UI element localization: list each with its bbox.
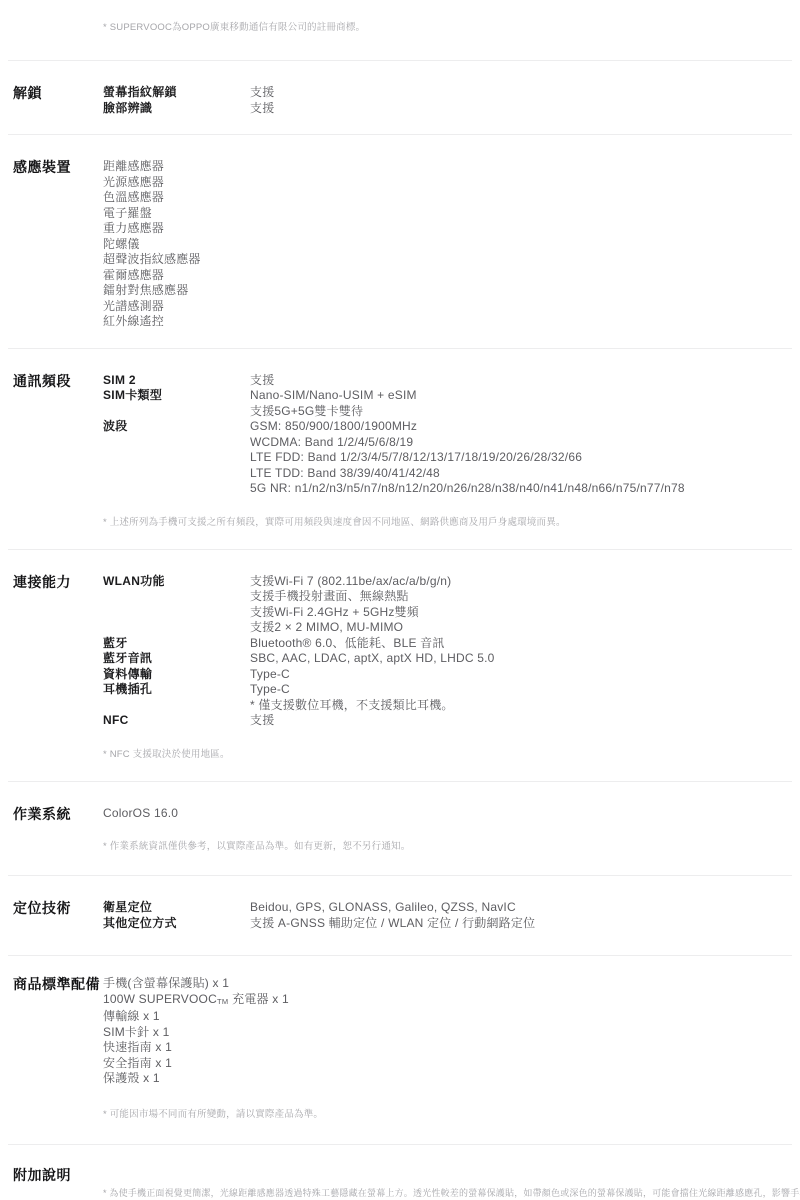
sensor-item: 電子羅盤 bbox=[103, 206, 800, 222]
packaging-item: 保護殼 x 1 bbox=[103, 1071, 800, 1087]
spec-row: WLAN功能 支援Wi-Fi 7 (802.11be/ax/ac/a/b/g/n… bbox=[103, 574, 800, 636]
spec-row: SIM卡類型 Nano-SIM/Nano-USIM + eSIM支援5G+5G雙… bbox=[103, 388, 800, 419]
sensor-item: 陀螺儀 bbox=[103, 237, 800, 253]
section-sensors: 感應裝置 距離感應器光源感應器色溫感應器電子羅盤重力感應器陀螺儀超聲波指紋感應器… bbox=[0, 135, 800, 348]
spec-label: SIM卡類型 bbox=[103, 388, 250, 404]
os-footnote: * 作業系統資訊僅供參考，以實際產品為準。如有更新，恕不另行通知。 bbox=[103, 841, 800, 853]
packaging-footnote: * 可能因市場不同而有所變動，請以實際產品為準。 bbox=[103, 1109, 800, 1121]
sensor-item: 距離感應器 bbox=[103, 159, 800, 175]
spec-value: 支援 A-GNSS 輔助定位 / WLAN 定位 / 行動網路定位 bbox=[250, 916, 800, 932]
section-body: 衛星定位 Beidou, GPS, GLONASS, Galileo, QZSS… bbox=[103, 900, 800, 931]
spec-value: 支援Wi-Fi 7 (802.11be/ax/ac/a/b/g/n) bbox=[250, 574, 800, 590]
spec-label: 資料傳輸 bbox=[103, 667, 250, 683]
bands-footnote: * 上述所列為手機可支援之所有頻段，實際可用頻段與速度會因不同地區、網路供應商及… bbox=[103, 517, 800, 529]
spec-row: 螢幕指紋解鎖 支援 bbox=[103, 85, 800, 101]
spec-row: 耳機插孔 Type-C* 僅支援數位耳機，不支援類比耳機。 bbox=[103, 682, 800, 713]
sensor-item: 鐳射對焦感應器 bbox=[103, 283, 800, 299]
charger-qty: 充電器 x 1 bbox=[229, 992, 289, 1006]
spec-label: SIM 2 bbox=[103, 373, 250, 389]
section-connectivity: 連接能力 WLAN功能 支援Wi-Fi 7 (802.11be/ax/ac/a/… bbox=[0, 550, 800, 781]
spec-label: 藍牙音訊 bbox=[103, 651, 250, 667]
os-version: ColorOS 16.0 bbox=[103, 806, 800, 822]
spec-label: WLAN功能 bbox=[103, 574, 250, 590]
section-title: 解鎖 bbox=[13, 85, 103, 116]
sensor-item: 超聲波指紋感應器 bbox=[103, 252, 800, 268]
spec-values: 支援 bbox=[250, 101, 800, 117]
spec-value: 支援 bbox=[250, 85, 800, 101]
section-body: 螢幕指紋解鎖 支援 臉部辨識 支援 bbox=[103, 85, 800, 116]
spec-label: 藍牙 bbox=[103, 636, 250, 652]
spec-values: 支援 bbox=[250, 85, 800, 101]
spec-row: NFC 支援 bbox=[103, 713, 800, 729]
sensor-list: 距離感應器光源感應器色溫感應器電子羅盤重力感應器陀螺儀超聲波指紋感應器霍爾感應器… bbox=[103, 159, 800, 330]
packaging-item: SIM卡針 x 1 bbox=[103, 1025, 800, 1041]
sensor-item: 光譜感測器 bbox=[103, 299, 800, 315]
section-body: 手機(含螢幕保護貼) x 1 100W SUPERVOOCTM 充電器 x 1 … bbox=[103, 976, 800, 1121]
spec-value: 支援 bbox=[250, 713, 800, 729]
section-title: 定位技術 bbox=[13, 900, 103, 931]
section-title: 感應裝置 bbox=[13, 159, 103, 330]
section-title: 附加說明 bbox=[13, 1167, 103, 1199]
spec-value: 支援5G+5G雙卡雙待 bbox=[250, 404, 800, 420]
spec-value: 支援Wi-Fi 2.4GHz + 5GHz雙頻 bbox=[250, 605, 800, 621]
spec-values: 支援 bbox=[250, 373, 800, 389]
spec-value: 支援2 × 2 MIMO, MU-MIMO bbox=[250, 620, 800, 636]
spec-label: 其他定位方式 bbox=[103, 916, 250, 932]
spec-row: 藍牙音訊 SBC, AAC, LDAC, aptX, aptX HD, LHDC… bbox=[103, 651, 800, 667]
spec-row: 資料傳輸 Type-C bbox=[103, 667, 800, 683]
packaging-item: 傳輸線 x 1 bbox=[103, 1009, 800, 1025]
spec-page: * SUPERVOOC為OPPO廣東移動通信有限公司的註冊商標。 解鎖 螢幕指紋… bbox=[0, 0, 800, 1199]
section-body: ColorOS 16.0 * 作業系統資訊僅供參考，以實際產品為準。如有更新，恕… bbox=[103, 806, 800, 854]
trademark-symbol: TM bbox=[217, 997, 229, 1006]
sensor-item: 光源感應器 bbox=[103, 175, 800, 191]
packaging-item-charger: 100W SUPERVOOCTM 充電器 x 1 bbox=[103, 992, 800, 1010]
spec-values: Beidou, GPS, GLONASS, Galileo, QZSS, Nav… bbox=[250, 900, 800, 916]
sensor-item: 霍爾感應器 bbox=[103, 268, 800, 284]
spec-values: Type-C* 僅支援數位耳機，不支援類比耳機。 bbox=[250, 682, 800, 713]
section-body: SIM 2 支援 SIM卡類型 Nano-SIM/Nano-USIM + eSI… bbox=[103, 373, 800, 529]
section-title: 作業系統 bbox=[13, 806, 103, 854]
spec-values: SBC, AAC, LDAC, aptX, aptX HD, LHDC 5.0 bbox=[250, 651, 800, 667]
spec-label: NFC bbox=[103, 713, 250, 729]
spec-row: 衛星定位 Beidou, GPS, GLONASS, Galileo, QZSS… bbox=[103, 900, 800, 916]
section-body: * 為使手機正面視覺更簡潔，光線距離感應器透過特殊工藝隱藏在螢幕上方。透光性較差… bbox=[103, 1167, 800, 1199]
section-extra-notes: 附加說明 * 為使手機正面視覺更簡潔，光線距離感應器透過特殊工藝隱藏在螢幕上方。… bbox=[0, 1145, 800, 1199]
spec-row: 藍牙 Bluetooth® 6.0、低能耗、BLE 音訊 bbox=[103, 636, 800, 652]
spec-row: SIM 2 支援 bbox=[103, 373, 800, 389]
spec-values: 支援 A-GNSS 輔助定位 / WLAN 定位 / 行動網路定位 bbox=[250, 916, 800, 932]
sensor-item: 重力感應器 bbox=[103, 221, 800, 237]
spec-label: 臉部辨識 bbox=[103, 101, 250, 117]
packaging-list: 傳輸線 x 1SIM卡針 x 1快速指南 x 1安全指南 x 1保護殼 x 1 bbox=[103, 1009, 800, 1087]
packaging-item: 手機(含螢幕保護貼) x 1 bbox=[103, 976, 800, 992]
spec-value: WCDMA: Band 1/2/4/5/6/8/19 bbox=[250, 435, 800, 451]
spec-values: Type-C bbox=[250, 667, 800, 683]
spec-row: 波段 GSM: 850/900/1800/1900MHzWCDMA: Band … bbox=[103, 419, 800, 497]
section-os: 作業系統 ColorOS 16.0 * 作業系統資訊僅供參考，以實際產品為準。如… bbox=[0, 782, 800, 876]
section-packaging: 商品標準配備 手機(含螢幕保護貼) x 1 100W SUPERVOOCTM 充… bbox=[0, 956, 800, 1144]
spec-label: 衛星定位 bbox=[103, 900, 250, 916]
spec-value: 支援 bbox=[250, 373, 800, 389]
spec-value: Type-C bbox=[250, 682, 800, 698]
spec-values: Bluetooth® 6.0、低能耗、BLE 音訊 bbox=[250, 636, 800, 652]
section-title: 商品標準配備 bbox=[13, 976, 103, 1121]
spec-row: 其他定位方式 支援 A-GNSS 輔助定位 / WLAN 定位 / 行動網路定位 bbox=[103, 916, 800, 932]
section-bands: 通訊頻段 SIM 2 支援 SIM卡類型 Nano-SIM/Nano-USIM … bbox=[0, 349, 800, 549]
spec-values: Nano-SIM/Nano-USIM + eSIM支援5G+5G雙卡雙待 bbox=[250, 388, 800, 419]
section-title: 連接能力 bbox=[13, 574, 103, 761]
sensor-item: 紅外線遙控 bbox=[103, 314, 800, 330]
spec-values: 支援 bbox=[250, 713, 800, 729]
spec-value: 支援 bbox=[250, 101, 800, 117]
section-unlock: 解鎖 螢幕指紋解鎖 支援 臉部辨識 支援 bbox=[0, 61, 800, 134]
spec-row: 臉部辨識 支援 bbox=[103, 101, 800, 117]
spec-value: * 僅支援數位耳機，不支援類比耳機。 bbox=[250, 698, 800, 714]
spec-values: GSM: 850/900/1800/1900MHzWCDMA: Band 1/2… bbox=[250, 419, 800, 497]
spec-value: LTE FDD: Band 1/2/3/4/5/7/8/12/13/17/18/… bbox=[250, 450, 800, 466]
packaging-item: 快速指南 x 1 bbox=[103, 1040, 800, 1056]
spec-value: GSM: 850/900/1800/1900MHz bbox=[250, 419, 800, 435]
spec-values: 支援Wi-Fi 7 (802.11be/ax/ac/a/b/g/n)支援手機投射… bbox=[250, 574, 800, 636]
spec-value: 5G NR: n1/n2/n3/n5/n7/n8/n12/n20/n26/n28… bbox=[250, 481, 800, 497]
spec-value: 支援手機投射畫面、無線熱點 bbox=[250, 589, 800, 605]
trademark-footnote: * SUPERVOOC為OPPO廣東移動通信有限公司的註冊商標。 bbox=[0, 0, 800, 34]
sensor-item: 色溫感應器 bbox=[103, 190, 800, 206]
nfc-footnote: * NFC 支援取決於使用地區。 bbox=[103, 749, 800, 761]
extra-footnote: * 為使手機正面視覺更簡潔，光線距離感應器透過特殊工藝隱藏在螢幕上方。透光性較差… bbox=[103, 1187, 800, 1199]
spec-value: Beidou, GPS, GLONASS, Galileo, QZSS, Nav… bbox=[250, 900, 800, 916]
spec-label: 波段 bbox=[103, 419, 250, 435]
spec-label: 耳機插孔 bbox=[103, 682, 250, 698]
charger-name: 100W SUPERVOOC bbox=[103, 992, 217, 1006]
spec-value: Bluetooth® 6.0、低能耗、BLE 音訊 bbox=[250, 636, 800, 652]
section-title: 通訊頻段 bbox=[13, 373, 103, 529]
packaging-item: 安全指南 x 1 bbox=[103, 1056, 800, 1072]
spec-value: LTE TDD: Band 38/39/40/41/42/48 bbox=[250, 466, 800, 482]
spec-value: Type-C bbox=[250, 667, 800, 683]
section-positioning: 定位技術 衛星定位 Beidou, GPS, GLONASS, Galileo,… bbox=[0, 876, 800, 955]
spec-value: Nano-SIM/Nano-USIM + eSIM bbox=[250, 388, 800, 404]
section-body: WLAN功能 支援Wi-Fi 7 (802.11be/ax/ac/a/b/g/n… bbox=[103, 574, 800, 761]
spec-value: SBC, AAC, LDAC, aptX, aptX HD, LHDC 5.0 bbox=[250, 651, 800, 667]
spec-label: 螢幕指紋解鎖 bbox=[103, 85, 250, 101]
